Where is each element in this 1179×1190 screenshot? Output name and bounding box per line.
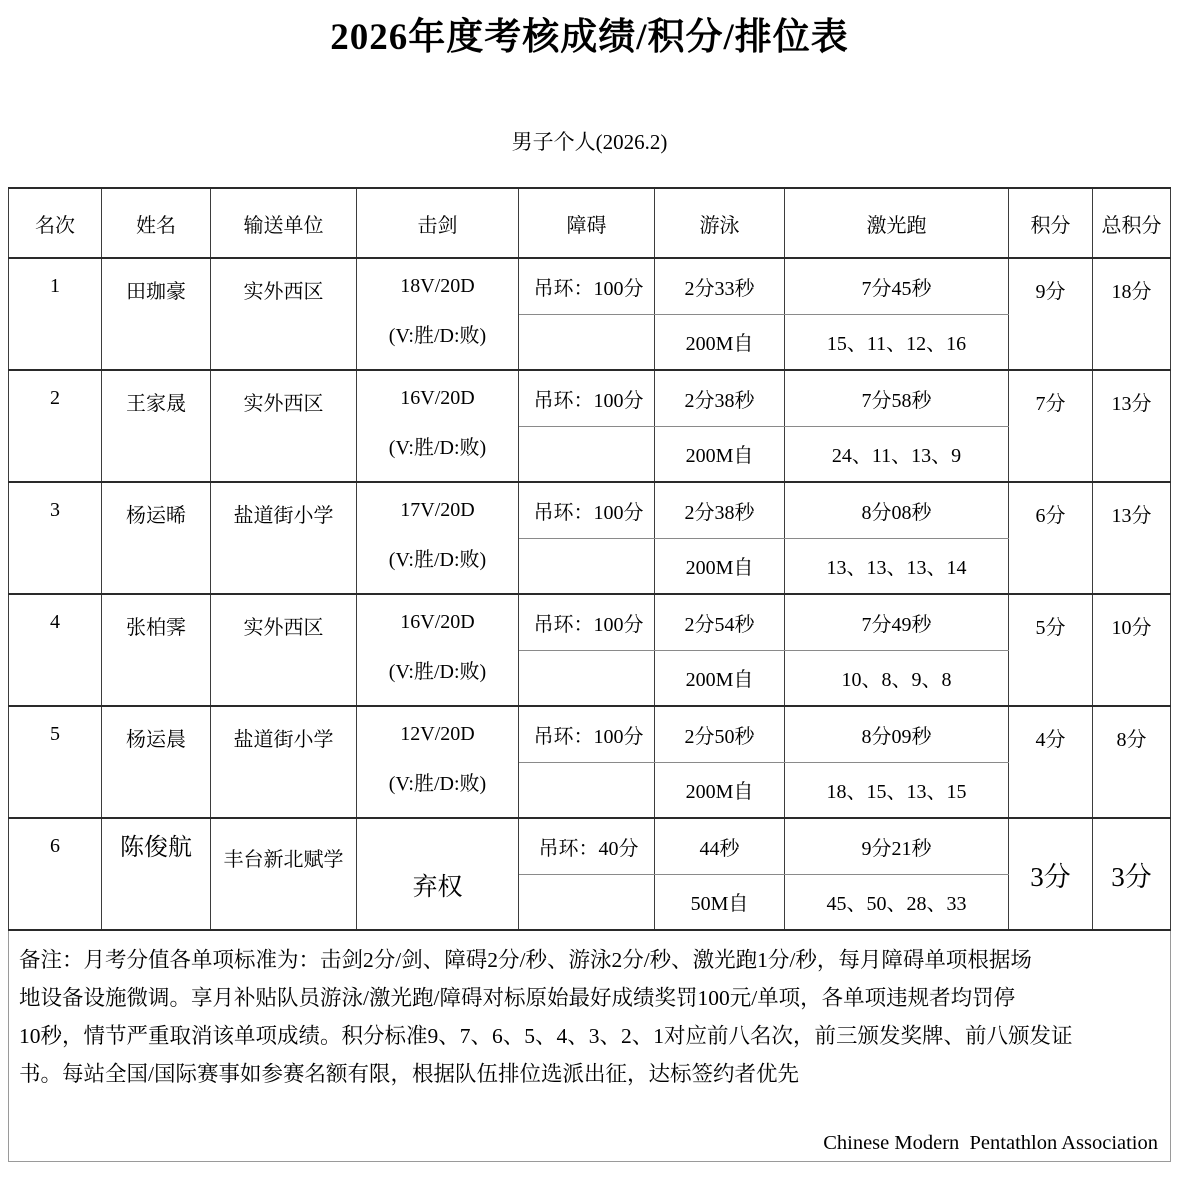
swim-event: 200M自 [655, 426, 785, 482]
laser-time: 8分08秒 [785, 482, 1009, 538]
footer-association: Chinese Modern Pentathlon Association [19, 1132, 1162, 1155]
swim-time: 2分33秒 [655, 258, 785, 314]
obstacle-score: 吊环：40分 [519, 818, 655, 874]
swim-time: 2分38秒 [655, 482, 785, 538]
obstacle-score: 吊环：100分 [519, 594, 655, 650]
fencing-legend: (V:胜/D:败) [357, 431, 518, 460]
unit-cell: 丰台新北赋学 [211, 818, 357, 930]
col-header-total-points: 总积分 [1093, 188, 1171, 258]
points-cell: 5分 [1009, 594, 1093, 706]
fencing-score: 16V/20D [357, 387, 518, 410]
swim-time: 44秒 [655, 818, 785, 874]
laser-time: 9分21秒 [785, 818, 1009, 874]
laser-shots: 24、11、13、9 [785, 426, 1009, 482]
fencing-cell: 17V/20D (V:胜/D:败) [357, 482, 519, 594]
notes-cell: 备注：月考分值各单项标准为：击剑2分/剑、障碍2分/秒、游泳2分/秒、激光跑1分… [9, 930, 1171, 1162]
notes-line: 地设备设施微调。享月补贴队员游泳/激光跑/障碍对标原始最好成绩奖罚100元/单项… [19, 979, 1162, 1017]
laser-time: 8分09秒 [785, 706, 1009, 762]
table-row: 5 杨运晨 盐道街小学 12V/20D (V:胜/D:败) 吊环：100分 2分… [9, 706, 1171, 762]
points-cell: 7分 [1009, 370, 1093, 482]
obstacle-empty-cell [519, 314, 655, 370]
athlete-name: 杨运晨 [102, 706, 211, 818]
fencing-legend: (V:胜/D:败) [357, 543, 518, 572]
rank-cell: 1 [9, 258, 102, 370]
table-row: 6 陈俊航 丰台新北赋学 弃权 吊环：40分 44秒 9分21秒 3分 3分 [9, 818, 1171, 874]
total-points-cell: 10分 [1093, 594, 1171, 706]
athlete-name: 陈俊航 [102, 818, 211, 930]
page-subtitle: 男子个人(2026.2) [0, 126, 1179, 156]
swim-event: 200M自 [655, 650, 785, 706]
laser-shots: 10、8、9、8 [785, 650, 1009, 706]
total-points-cell: 13分 [1093, 482, 1171, 594]
points-cell: 6分 [1009, 482, 1093, 594]
fencing-cell: 12V/20D (V:胜/D:败) [357, 706, 519, 818]
header-row: 名次 姓名 输送单位 击剑 障碍 游泳 激光跑 积分 总积分 [9, 188, 1171, 258]
col-header-swimming: 游泳 [655, 188, 785, 258]
notes-line: 10秒，情节严重取消该单项成绩。积分标准9、7、6、5、4、3、2、1对应前八名… [19, 1017, 1162, 1055]
points-cell: 3分 [1009, 818, 1093, 930]
col-header-fencing: 击剑 [357, 188, 519, 258]
fencing-legend: (V:胜/D:败) [357, 655, 518, 684]
swim-event: 200M自 [655, 314, 785, 370]
col-header-laser-run: 激光跑 [785, 188, 1009, 258]
results-table: 名次 姓名 输送单位 击剑 障碍 游泳 激光跑 积分 总积分 1 田珈豪 实外西… [8, 187, 1171, 1162]
athlete-name: 张柏霁 [102, 594, 211, 706]
obstacle-empty-cell [519, 762, 655, 818]
col-header-rank: 名次 [9, 188, 102, 258]
laser-shots: 45、50、28、33 [785, 874, 1009, 930]
swim-event: 200M自 [655, 538, 785, 594]
swim-time: 2分50秒 [655, 706, 785, 762]
col-header-points: 积分 [1009, 188, 1093, 258]
laser-time: 7分45秒 [785, 258, 1009, 314]
table-row: 1 田珈豪 实外西区 18V/20D (V:胜/D:败) 吊环：100分 2分3… [9, 258, 1171, 314]
laser-shots: 15、11、12、16 [785, 314, 1009, 370]
col-header-unit: 输送单位 [211, 188, 357, 258]
athlete-name: 王家晟 [102, 370, 211, 482]
table-row: 3 杨运晞 盐道街小学 17V/20D (V:胜/D:败) 吊环：100分 2分… [9, 482, 1171, 538]
total-points-cell: 3分 [1093, 818, 1171, 930]
unit-cell: 盐道街小学 [211, 706, 357, 818]
rank-cell: 5 [9, 706, 102, 818]
unit-cell: 实外西区 [211, 594, 357, 706]
col-header-obstacle: 障碍 [519, 188, 655, 258]
rank-cell: 3 [9, 482, 102, 594]
page-title: 2026年度考核成绩/积分/排位表 [0, 16, 1179, 60]
col-header-name: 姓名 [102, 188, 211, 258]
notes-row: 备注：月考分值各单项标准为：击剑2分/剑、障碍2分/秒、游泳2分/秒、激光跑1分… [9, 930, 1171, 1162]
swim-time: 2分38秒 [655, 370, 785, 426]
laser-time: 7分49秒 [785, 594, 1009, 650]
swim-event: 200M自 [655, 762, 785, 818]
fencing-score: 18V/20D [357, 275, 518, 298]
points-cell: 4分 [1009, 706, 1093, 818]
unit-cell: 实外西区 [211, 370, 357, 482]
unit-cell: 盐道街小学 [211, 482, 357, 594]
document-page: 2026年度考核成绩/积分/排位表 男子个人(2026.2) 名次 姓名 输送单… [0, 0, 1179, 1190]
obstacle-score: 吊环：100分 [519, 258, 655, 314]
notes-line: 书。每站全国/国际赛事如参赛名额有限，根据队伍排位选派出征，达标签约者优先 [19, 1055, 1162, 1093]
obstacle-empty-cell [519, 426, 655, 482]
obstacle-empty-cell [519, 874, 655, 930]
obstacle-empty-cell [519, 650, 655, 706]
notes-line: 备注：月考分值各单项标准为：击剑2分/剑、障碍2分/秒、游泳2分/秒、激光跑1分… [19, 941, 1162, 979]
obstacle-score: 吊环：100分 [519, 706, 655, 762]
swim-time: 2分54秒 [655, 594, 785, 650]
rank-cell: 2 [9, 370, 102, 482]
obstacle-score: 吊环：100分 [519, 370, 655, 426]
athlete-name: 杨运晞 [102, 482, 211, 594]
fencing-score: 12V/20D [357, 723, 518, 746]
notes-text: 备注：月考分值各单项标准为：击剑2分/剑、障碍2分/秒、游泳2分/秒、激光跑1分… [9, 931, 1170, 1161]
fencing-legend: (V:胜/D:败) [357, 319, 518, 348]
fencing-forfeit-cell: 弃权 [357, 818, 519, 930]
fencing-cell: 16V/20D (V:胜/D:败) [357, 594, 519, 706]
total-points-cell: 8分 [1093, 706, 1171, 818]
fencing-score: 17V/20D [357, 499, 518, 522]
rank-cell: 4 [9, 594, 102, 706]
fencing-cell: 18V/20D (V:胜/D:败) [357, 258, 519, 370]
obstacle-empty-cell [519, 538, 655, 594]
unit-cell: 实外西区 [211, 258, 357, 370]
athlete-name: 田珈豪 [102, 258, 211, 370]
table-row: 2 王家晟 实外西区 16V/20D (V:胜/D:败) 吊环：100分 2分3… [9, 370, 1171, 426]
obstacle-score: 吊环：100分 [519, 482, 655, 538]
total-points-cell: 13分 [1093, 370, 1171, 482]
table-row: 4 张柏霁 实外西区 16V/20D (V:胜/D:败) 吊环：100分 2分5… [9, 594, 1171, 650]
fencing-score: 16V/20D [357, 611, 518, 634]
swim-event: 50M自 [655, 874, 785, 930]
points-cell: 9分 [1009, 258, 1093, 370]
laser-shots: 13、13、13、14 [785, 538, 1009, 594]
laser-time: 7分58秒 [785, 370, 1009, 426]
rank-cell: 6 [9, 818, 102, 930]
fencing-legend: (V:胜/D:败) [357, 767, 518, 796]
laser-shots: 18、15、13、15 [785, 762, 1009, 818]
fencing-cell: 16V/20D (V:胜/D:败) [357, 370, 519, 482]
total-points-cell: 18分 [1093, 258, 1171, 370]
